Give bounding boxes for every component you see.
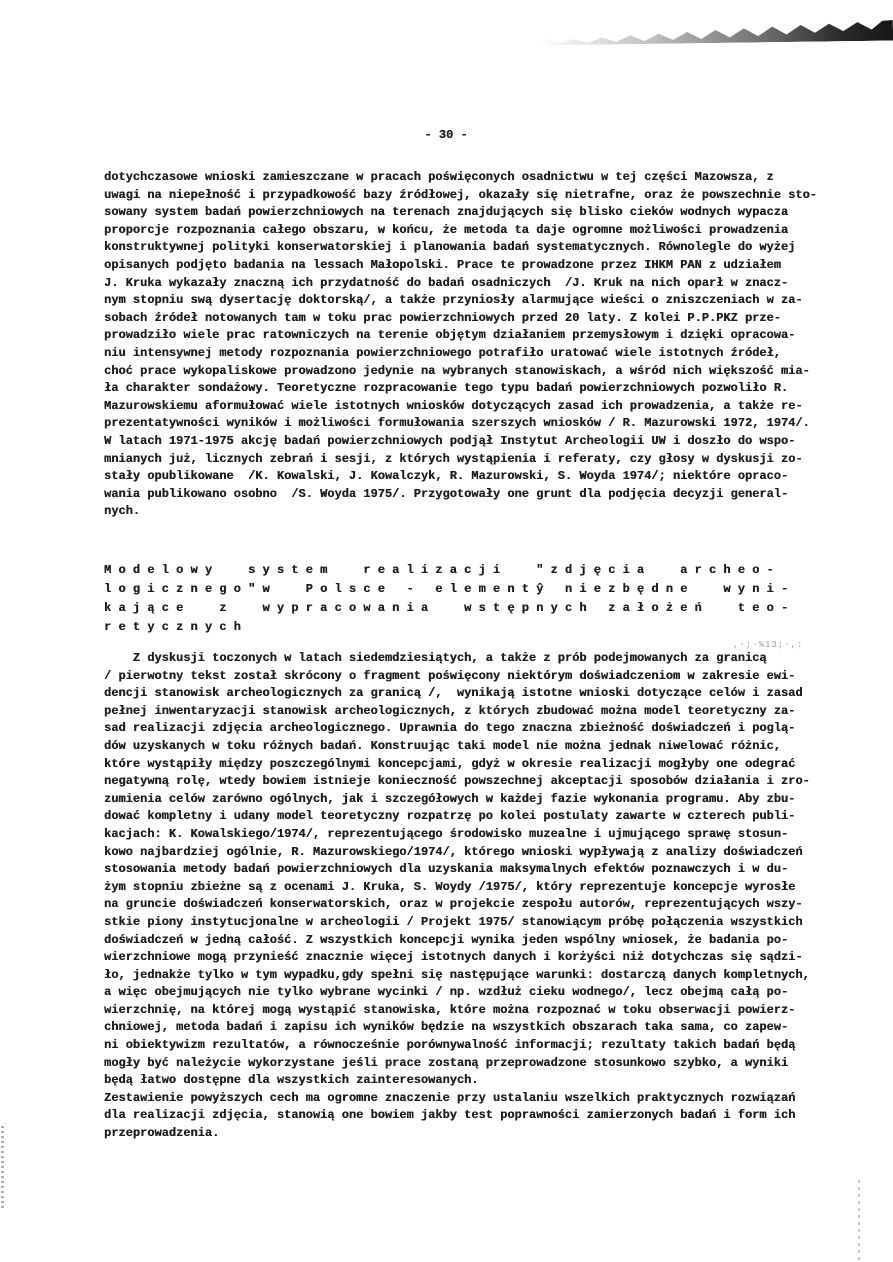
text-line: nych. — [104, 503, 817, 521]
text-line: prowadziło wiele prac ratowniczych na te… — [104, 327, 817, 345]
scan-scratch-right — [858, 1180, 860, 1260]
scan-smudge-top — [538, 20, 893, 46]
page-number: - 30 - — [104, 128, 788, 142]
scan-scratch-left — [1, 1126, 4, 1208]
text-line: stosowania metody badań powierzchniowych… — [104, 861, 810, 879]
text-line: stały opublikowane /K. Kowalski, J. Kowa… — [104, 468, 817, 486]
text-line: Z dyskusji toczonych w latach siedemdzie… — [104, 650, 810, 668]
text-line: uwagi na niepełność i przypadkowość bazy… — [104, 187, 817, 205]
text-line: nym stopniu swą dysertację doktorską/, a… — [104, 292, 817, 310]
text-line: żym stopniu zbieżne są z ocenami J. Kruk… — [104, 879, 810, 897]
text-line: pełnej inwentaryzacji stanowisk archeolo… — [104, 703, 810, 721]
text-line: które wystąpiły między poszczególnymi ko… — [104, 756, 810, 774]
paragraph-1: dotychczasowe wnioski zamieszczane w pra… — [104, 169, 817, 521]
text-line: dować kompletny i udany model teoretyczn… — [104, 808, 810, 826]
text-line: W latach 1971-1975 akcję badań powierzch… — [104, 433, 817, 451]
heading-line: r e t y c z n y c h — [104, 618, 788, 637]
text-line: dotychczasowe wnioski zamieszczane w pra… — [104, 169, 817, 187]
scan-artifact-text: ,·;·%13;·,: — [733, 640, 803, 650]
text-line: będą łatwo dostępne dla wszystkich zaint… — [104, 1072, 810, 1090]
text-line: proporcje rozpoznania całego obszaru, w … — [104, 222, 817, 240]
text-line: wierzchniowe mogą przynieść znacznie wię… — [104, 949, 810, 967]
text-line: wierzchnię, na której mogą wystąpić stan… — [104, 1002, 810, 1020]
heading-line: k a j ą c e z w y p r a c o w a n i a w … — [104, 599, 788, 618]
text-line: opisanych podjęto badania na lessach Mał… — [104, 257, 817, 275]
text-line: na gruncie doświadczeń konserwatorskich,… — [104, 896, 810, 914]
text-line: kowo najbardziej ogólnie, R. Mazurowskie… — [104, 844, 810, 862]
text-line: mnianych już, licznych zebrań i sesji, z… — [104, 451, 817, 469]
paragraph-2: Z dyskusji toczonych w latach siedemdzie… — [104, 650, 810, 1143]
text-line: sobach źródeł notowanych tam w toku prac… — [104, 310, 817, 328]
text-line: konstruktywnej polityki konserwatorskiej… — [104, 239, 817, 257]
text-line: mogły być należycie wykorzystane jeśli p… — [104, 1055, 810, 1073]
section-heading: M o d e l o w y s y s t e m r e a l i z … — [104, 561, 788, 637]
text-line: a więc obejmujących nie tylko wybrane wy… — [104, 984, 810, 1002]
text-line: / pierwotny tekst został skrócony o frag… — [104, 668, 810, 686]
text-line: kacjach: K. Kowalskiego/1974/, reprezent… — [104, 826, 810, 844]
text-line: niu intensywnej metody rozpoznania powie… — [104, 345, 817, 363]
text-line: choć prace wykopaliskowe prowadzono jedy… — [104, 363, 817, 381]
text-line: przeprowadzenia. — [104, 1125, 810, 1143]
heading-line: l o g i c z n e g o " w P o l s c e - e … — [104, 580, 788, 599]
text-line: ni obiektywizm rezultatów, a równocześni… — [104, 1037, 810, 1055]
heading-line: M o d e l o w y s y s t e m r e a l i z … — [104, 561, 788, 580]
document-page: - 30 - dotychczasowe wnioski zamieszczan… — [0, 0, 893, 1262]
text-line: Mazurowskiemu aformułować wiele istotnyc… — [104, 398, 817, 416]
text-line: J. Kruka wykazały znaczną ich przydatnoś… — [104, 275, 817, 293]
text-line: dla realizacji zdjęcia, stanowią one bow… — [104, 1107, 810, 1125]
text-line: dencji stanowisk archeologicznych za gra… — [104, 685, 810, 703]
text-line: wania publikowano osobno /S. Woyda 1975/… — [104, 486, 817, 504]
text-line: ła charakter sondażowy. Teoretyczne rozp… — [104, 380, 817, 398]
text-line: ło, jednakże tylko w tym wypadku,gdy spe… — [104, 967, 810, 985]
text-line: negatywną rolę, wtedy bowiem istnieje ko… — [104, 773, 810, 791]
text-line: stkie piony instytucjonalne w archeologi… — [104, 914, 810, 932]
text-line: sowany system badań powierzchniowych na … — [104, 204, 817, 222]
text-line: zumienia celów zarówno ogólnych, jak i s… — [104, 791, 810, 809]
text-line: Zestawienie powyższych cech ma ogromne z… — [104, 1090, 810, 1108]
text-line: doświadczeń w jedną całość. Z wszystkich… — [104, 932, 810, 950]
text-line: dów uzyskanych w toku różnych badań. Kon… — [104, 738, 810, 756]
text-line: sad realizacji zdjęcia archeologicznego.… — [104, 720, 810, 738]
text-line: prezentatywności wyników i możliwości fo… — [104, 415, 817, 433]
text-line: chniowej, metoda badań i zapisu ich wyni… — [104, 1019, 810, 1037]
